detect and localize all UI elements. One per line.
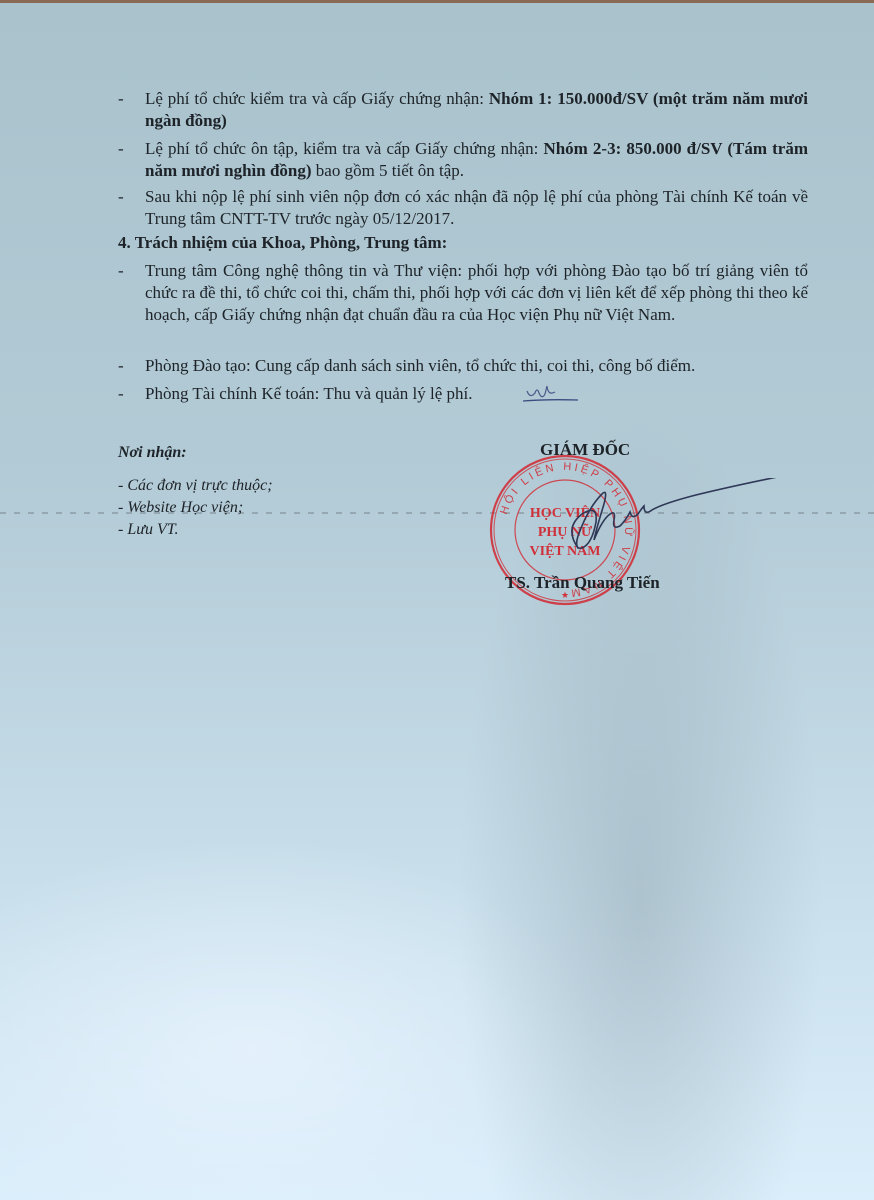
bullet-dash: - <box>118 186 138 208</box>
recipients-title: Nơi nhận: <box>118 442 273 464</box>
signatory-name: TS. Trần Quang Tiến <box>505 573 660 593</box>
recipient-item: - Lưu VT. <box>118 519 273 541</box>
document-page: - Lệ phí tổ chức kiểm tra và cấp Giấy ch… <box>0 0 874 1200</box>
fee-item-text: Lệ phí tổ chức kiểm tra và cấp Giấy chứn… <box>145 88 808 132</box>
initials-mark-icon <box>523 381 583 403</box>
section-4-heading: 4. Trách nhiệm của Khoa, Phòng, Trung tâ… <box>118 232 447 254</box>
fee-label: Lệ phí tổ chức ôn tập, kiểm tra và cấp G… <box>145 139 543 158</box>
fee-item-group-2-3: - Lệ phí tổ chức ôn tập, kiểm tra và cấp… <box>118 138 808 182</box>
bullet-dash: - <box>118 383 138 405</box>
bullet-dash: - <box>118 138 138 160</box>
finance-text: Phòng Tài chính Kế toán: Thu và quản lý … <box>145 384 473 403</box>
fee-note: bao gồm 5 tiết ôn tập. <box>312 161 465 180</box>
recipient-item: - Các đơn vị trực thuộc; <box>118 475 273 497</box>
fee-label: Lệ phí tổ chức kiểm tra và cấp Giấy chứn… <box>145 89 489 108</box>
handwritten-signature-icon <box>560 478 800 558</box>
fee-payment-instruction: - Sau khi nộp lệ phí sinh viên nộp đơn c… <box>118 186 808 230</box>
responsibility-text: Phòng Đào tạo: Cung cấp danh sách sinh v… <box>145 355 808 377</box>
fee-item-group-1: - Lệ phí tổ chức kiểm tra và cấp Giấy ch… <box>118 88 808 132</box>
recipients-block: Nơi nhận: - Các đơn vị trực thuộc; - Web… <box>118 442 273 541</box>
instruction-text: Sau khi nộp lệ phí sinh viên nộp đơn có … <box>145 186 808 230</box>
fee-item-text: Lệ phí tổ chức ôn tập, kiểm tra và cấp G… <box>145 138 808 182</box>
responsibility-text: Trung tâm Công nghệ thông tin và Thư việ… <box>145 260 808 326</box>
responsibility-item-it-library: - Trung tâm Công nghệ thông tin và Thư v… <box>118 260 808 326</box>
bullet-dash: - <box>118 355 138 377</box>
responsibility-item-training: - Phòng Đào tạo: Cung cấp danh sách sinh… <box>118 355 808 377</box>
recipient-item: - Website Học viện; <box>118 497 273 519</box>
bullet-dash: - <box>118 260 138 282</box>
bullet-dash: - <box>118 88 138 110</box>
responsibility-text: Phòng Tài chính Kế toán: Thu và quản lý … <box>145 383 808 405</box>
responsibility-item-finance: - Phòng Tài chính Kế toán: Thu và quản l… <box>118 383 808 405</box>
